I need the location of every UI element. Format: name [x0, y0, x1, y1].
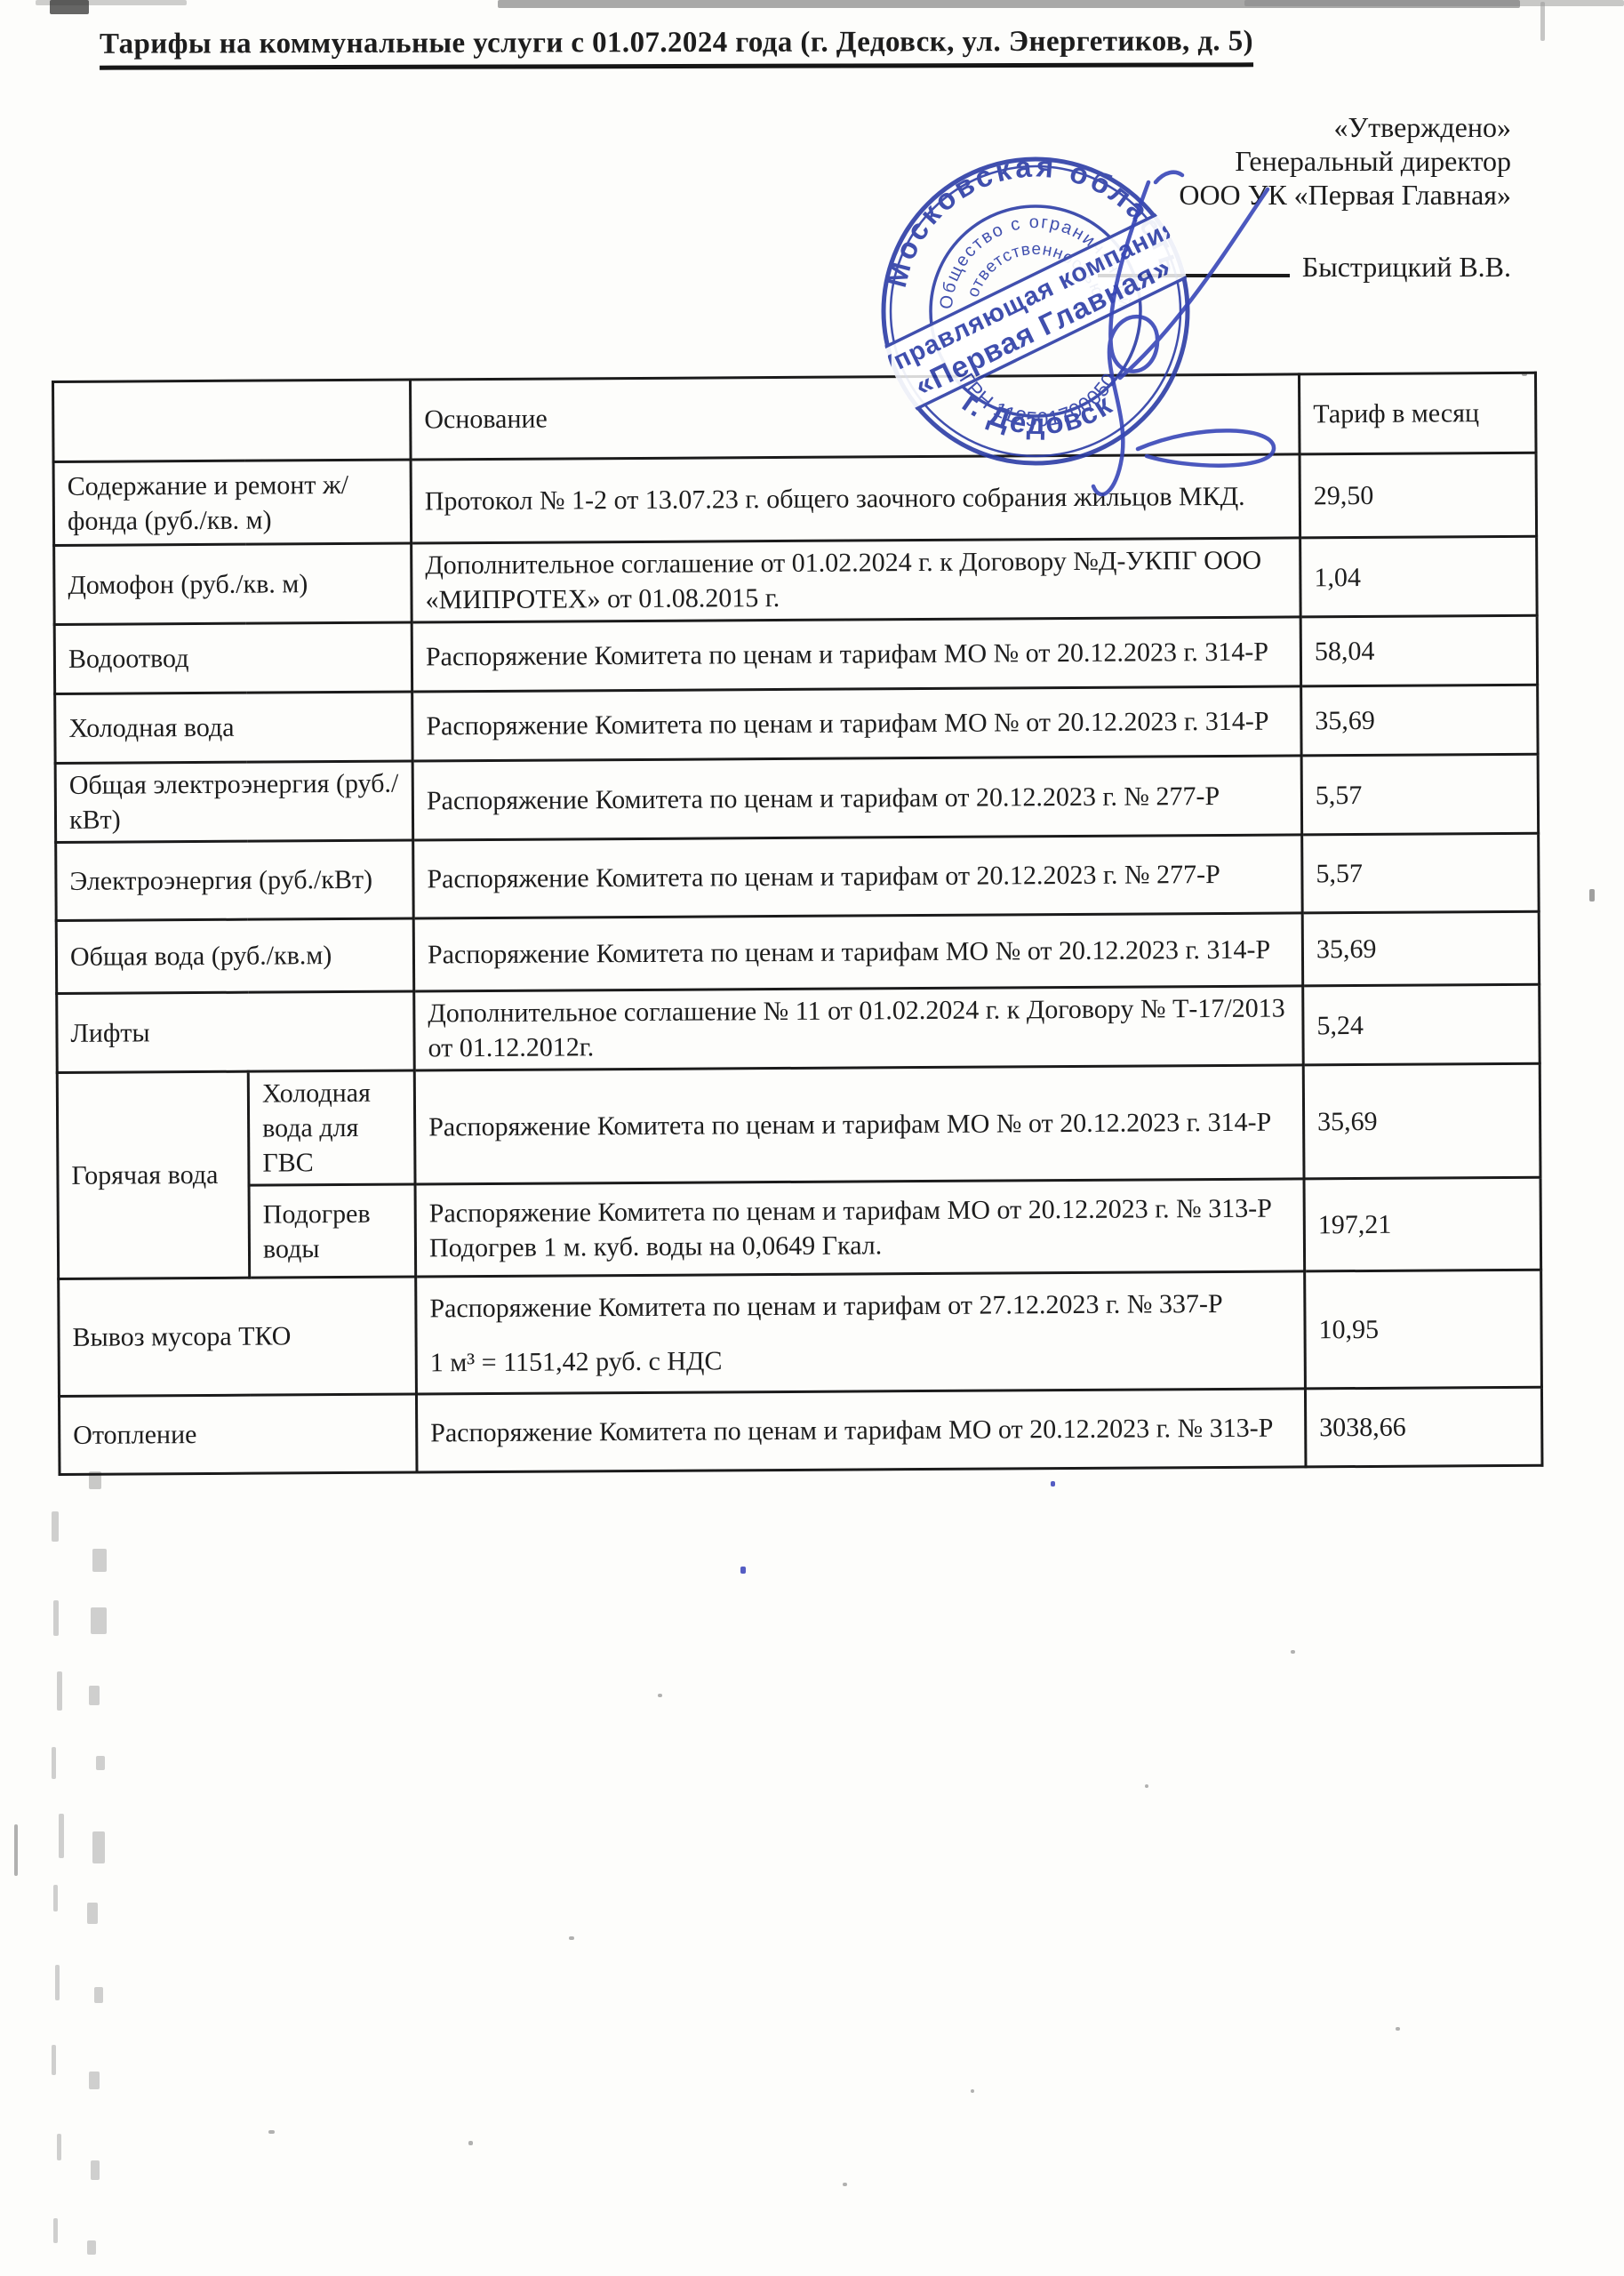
- scan-artifact: [53, 2218, 58, 2243]
- basis-text: Распоряжение Комитета по ценам и тарифам…: [426, 703, 1291, 743]
- scan-artifact: [268, 2130, 275, 2134]
- service-cell: Отопление: [59, 1394, 417, 1474]
- tariff-cell: 1,04: [1300, 536, 1538, 617]
- header-empty-cell: [53, 380, 412, 461]
- basis-cell: Распоряжение Комитета по ценам и тарифам…: [416, 1271, 1306, 1394]
- basis-text: Дополнительное соглашение от 01.02.2024 …: [425, 542, 1290, 617]
- service-sub-cell: Холодная вода для ГВС: [248, 1070, 415, 1185]
- service-cell: Лифты: [57, 991, 415, 1072]
- scan-artifact: [658, 1694, 662, 1697]
- tariff-cell: 197,21: [1304, 1177, 1541, 1271]
- service-cell: Домофон (руб./кв. м): [54, 543, 412, 624]
- basis-cell: Распоряжение Комитета по ценам и тарифам…: [415, 1179, 1305, 1277]
- scan-artifact: [91, 1607, 107, 1634]
- scan-artifact: [96, 1756, 105, 1770]
- scan-artifact: [1540, 2, 1545, 41]
- basis-text: Распоряжение Комитета по ценам и тарифам…: [428, 932, 1292, 972]
- table-row: Электроэнергия (руб./кВт) Распоряжение К…: [56, 833, 1540, 920]
- tariff-cell: 58,04: [1300, 615, 1537, 686]
- scan-artifact: [14, 1824, 18, 1876]
- table-row: Общая вода (руб./кв.м) Распоряжение Коми…: [56, 911, 1539, 993]
- scan-artifact: [1145, 1784, 1148, 1788]
- scan-artifact: [94, 1987, 103, 2003]
- basis-text-2: 1 м³ = 1151,42 руб. с НДС: [430, 1340, 1295, 1380]
- service-group-cell: Горячая вода: [57, 1071, 249, 1278]
- scan-artifact: [1051, 1481, 1055, 1487]
- scan-artifact: [1589, 889, 1595, 902]
- basis-cell: Распоряжение Комитета по ценам и тарифам…: [412, 686, 1301, 761]
- table-header-tariff: Тариф в месяц: [1299, 373, 1536, 454]
- table-row: Водоотвод Распоряжение Комитета по ценам…: [54, 615, 1537, 693]
- scan-artifact: [57, 1671, 62, 1711]
- service-cell: Электроэнергия (руб./кВт): [56, 840, 414, 920]
- service-cell: Общая вода (руб./кв.м): [56, 918, 413, 993]
- table-row: Холодная вода Распоряжение Комитета по ц…: [55, 685, 1538, 763]
- service-cell: Содержание и ремонт ж/фонда (руб./кв. м): [53, 460, 412, 545]
- service-cell: Вывоз мусора ТКО: [59, 1277, 417, 1396]
- scan-artifact: [89, 2072, 100, 2089]
- table-row: Горячая вода Холодная вода для ГВС Распо…: [57, 1063, 1540, 1186]
- scan-artifact: [53, 1600, 59, 1636]
- basis-cell: Дополнительное соглашение от 01.02.2024 …: [412, 538, 1301, 622]
- scan-artifact: [92, 1549, 107, 1572]
- scan-artifact: [57, 2134, 61, 2160]
- basis-text: Дополнительное соглашение № 11 от 01.02.…: [428, 990, 1292, 1065]
- basis-text-2: Подогрев 1 м. куб. воды на 0,0649 Гкал.: [429, 1225, 1294, 1265]
- tariff-cell: 35,69: [1302, 911, 1539, 986]
- tariff-table: Основание Тариф в месяц Содержание и рем…: [52, 372, 1543, 1476]
- basis-cell: Распоряжение Комитета по ценам и тарифам…: [416, 1389, 1306, 1472]
- table-row: Общая электроэнергия (руб./кВт) Распоряж…: [55, 754, 1539, 842]
- table-row: Подогрев воды Распоряжение Комитета по ц…: [58, 1177, 1541, 1278]
- basis-text: Распоряжение Комитета по ценам и тарифам…: [429, 1190, 1294, 1230]
- table-row: Лифты Дополнительное соглашение № 11 от …: [57, 984, 1540, 1072]
- scan-artifact: [87, 1903, 98, 1924]
- scan-artifact: [569, 1936, 574, 1940]
- scan-artifact: [740, 1567, 746, 1574]
- basis-text: Распоряжение Комитета по ценам и тарифам…: [430, 1410, 1295, 1450]
- tariff-cell: 10,95: [1305, 1270, 1542, 1389]
- scan-artifact: [498, 0, 1520, 8]
- scan-artifact: [1291, 1650, 1295, 1654]
- basis-text: Распоряжение Комитета по ценам и тарифам…: [426, 634, 1291, 674]
- scan-artifact: [92, 1831, 105, 1863]
- tariff-cell: 29,50: [1300, 453, 1537, 538]
- basis-cell: Распоряжение Комитета по ценам и тарифам…: [412, 756, 1302, 840]
- service-cell: Водоотвод: [54, 622, 412, 693]
- table-row: Домофон (руб./кв. м) Дополнительное согл…: [54, 536, 1538, 624]
- scan-artifact: [36, 0, 187, 5]
- service-sub-cell: Подогрев воды: [249, 1184, 416, 1278]
- scan-artifact: [55, 1965, 60, 2000]
- scan-artifact: [89, 1686, 100, 1705]
- basis-text: Распоряжение Комитета по ценам и тарифам…: [429, 1286, 1294, 1326]
- tariff-cell: 35,69: [1303, 1063, 1540, 1179]
- signature-ink: [1022, 156, 1333, 529]
- service-cell: Холодная вода: [55, 692, 412, 763]
- basis-cell: Распоряжение Комитета по ценам и тарифам…: [414, 1065, 1304, 1184]
- basis-cell: Дополнительное соглашение № 11 от 01.02.…: [414, 986, 1304, 1070]
- tariff-cell: 5,57: [1302, 833, 1540, 913]
- tariff-cell: 5,24: [1303, 984, 1540, 1065]
- scan-artifact: [1244, 0, 1624, 6]
- scan-artifact: [59, 1814, 64, 1858]
- basis-cell: Распоряжение Комитета по ценам и тарифам…: [413, 913, 1302, 991]
- basis-cell: Распоряжение Комитета по ценам и тарифам…: [412, 617, 1300, 692]
- basis-text: Распоряжение Комитета по ценам и тарифам…: [427, 856, 1292, 896]
- scan-artifact: [87, 2240, 96, 2255]
- table-row: Вывоз мусора ТКО Распоряжение Комитета п…: [59, 1270, 1542, 1396]
- service-cell: Общая электроэнергия (руб./кВт): [55, 761, 413, 842]
- scan-artifact: [843, 2183, 847, 2186]
- basis-cell: Распоряжение Комитета по ценам и тарифам…: [413, 835, 1303, 918]
- signatory-name: Быстрицкий В.В.: [1302, 251, 1511, 284]
- scan-artifact: [1396, 2027, 1400, 2031]
- scan-artifact: [53, 1885, 58, 1911]
- basis-text: Распоряжение Комитета по ценам и тарифам…: [428, 1104, 1293, 1144]
- scan-artifact: [91, 2160, 100, 2180]
- basis-text: Распоряжение Комитета по ценам и тарифам…: [427, 778, 1292, 818]
- approval-line-approved: «Утверждено»: [1179, 110, 1511, 144]
- tariff-cell: 3038,66: [1305, 1387, 1542, 1467]
- scan-artifact: [52, 1511, 59, 1542]
- table-row: Отопление Распоряжение Комитета по ценам…: [59, 1387, 1542, 1474]
- page-title: Тарифы на коммунальные услуги с 01.07.20…: [100, 25, 1253, 69]
- scan-artifact: [52, 1747, 56, 1779]
- scan-artifact: [971, 2089, 974, 2093]
- scan-artifact: [468, 2141, 473, 2145]
- tariff-cell: 35,69: [1301, 685, 1538, 756]
- scan-artifact: [50, 0, 89, 14]
- scan-artifact: [52, 2045, 56, 2075]
- tariff-cell: 5,57: [1301, 754, 1539, 835]
